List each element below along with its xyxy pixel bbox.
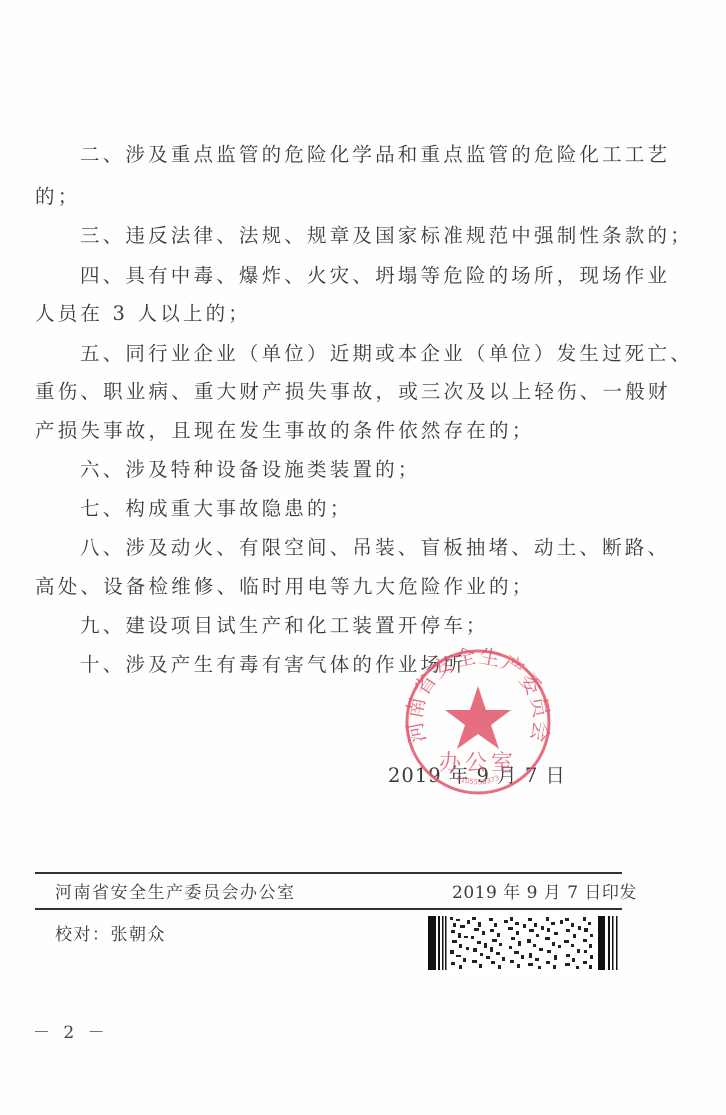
item-5-line-2: 重伤、职业病、重大财产损失事故，或三次及以上轻伤、一般财	[35, 380, 671, 404]
item-8-line-2: 高处、设备检维修、临时用电等九大危险作业的；	[35, 575, 534, 599]
item-2-line-2: 的；	[35, 185, 80, 209]
proofreader: 校对：张朝众	[55, 920, 166, 945]
footer-middle-rule	[35, 908, 622, 910]
svg-text:办公室: 办公室	[439, 751, 517, 776]
star-icon	[445, 686, 511, 749]
item-6-line-1: 六、涉及特种设备设施类装置的；	[80, 458, 421, 482]
item-4-line-2: 人员在 3 人以上的；	[35, 302, 251, 326]
item-5-line-3: 产损失事故，且现在发生事故的条件依然存在的；	[35, 419, 534, 443]
item-9-line-1: 九、建设项目试生产和化工装置开停车；	[80, 614, 489, 638]
official-seal: 河南省安全生产委员会 办公室 0105538373	[404, 648, 552, 796]
item-5-line-1: 五、同行业企业（单位）近期或本企业（单位）发生过死亡、	[80, 342, 693, 366]
footer-top-rule	[35, 872, 622, 874]
item-7-line-1: 七、构成重大事故隐患的；	[80, 497, 352, 521]
item-3-line-1: 三、违反法律、法规、规章及国家标准规范中强制性条款的；	[80, 224, 693, 248]
page-number: － 2 －	[33, 1018, 109, 1043]
item-2-line-1: 二、涉及重点监管的危险化学品和重点监管的危险化工工艺	[80, 143, 670, 167]
document-page: 二、涉及重点监管的危险化学品和重点监管的危险化工工艺 的； 三、违反法律、法规、…	[0, 0, 726, 1115]
issue-date: 2019 年 9 月 7 日印发	[452, 878, 637, 903]
item-4-line-1: 四、具有中毒、爆炸、火灾、坍塌等危险的场所，现场作业	[80, 264, 670, 288]
item-8-line-1: 八、涉及动火、有限空间、吊装、盲板抽堵、动土、断路、	[80, 536, 670, 560]
document-barcode	[426, 914, 622, 972]
issuer-name: 河南省安全生产委员会办公室	[55, 878, 296, 903]
